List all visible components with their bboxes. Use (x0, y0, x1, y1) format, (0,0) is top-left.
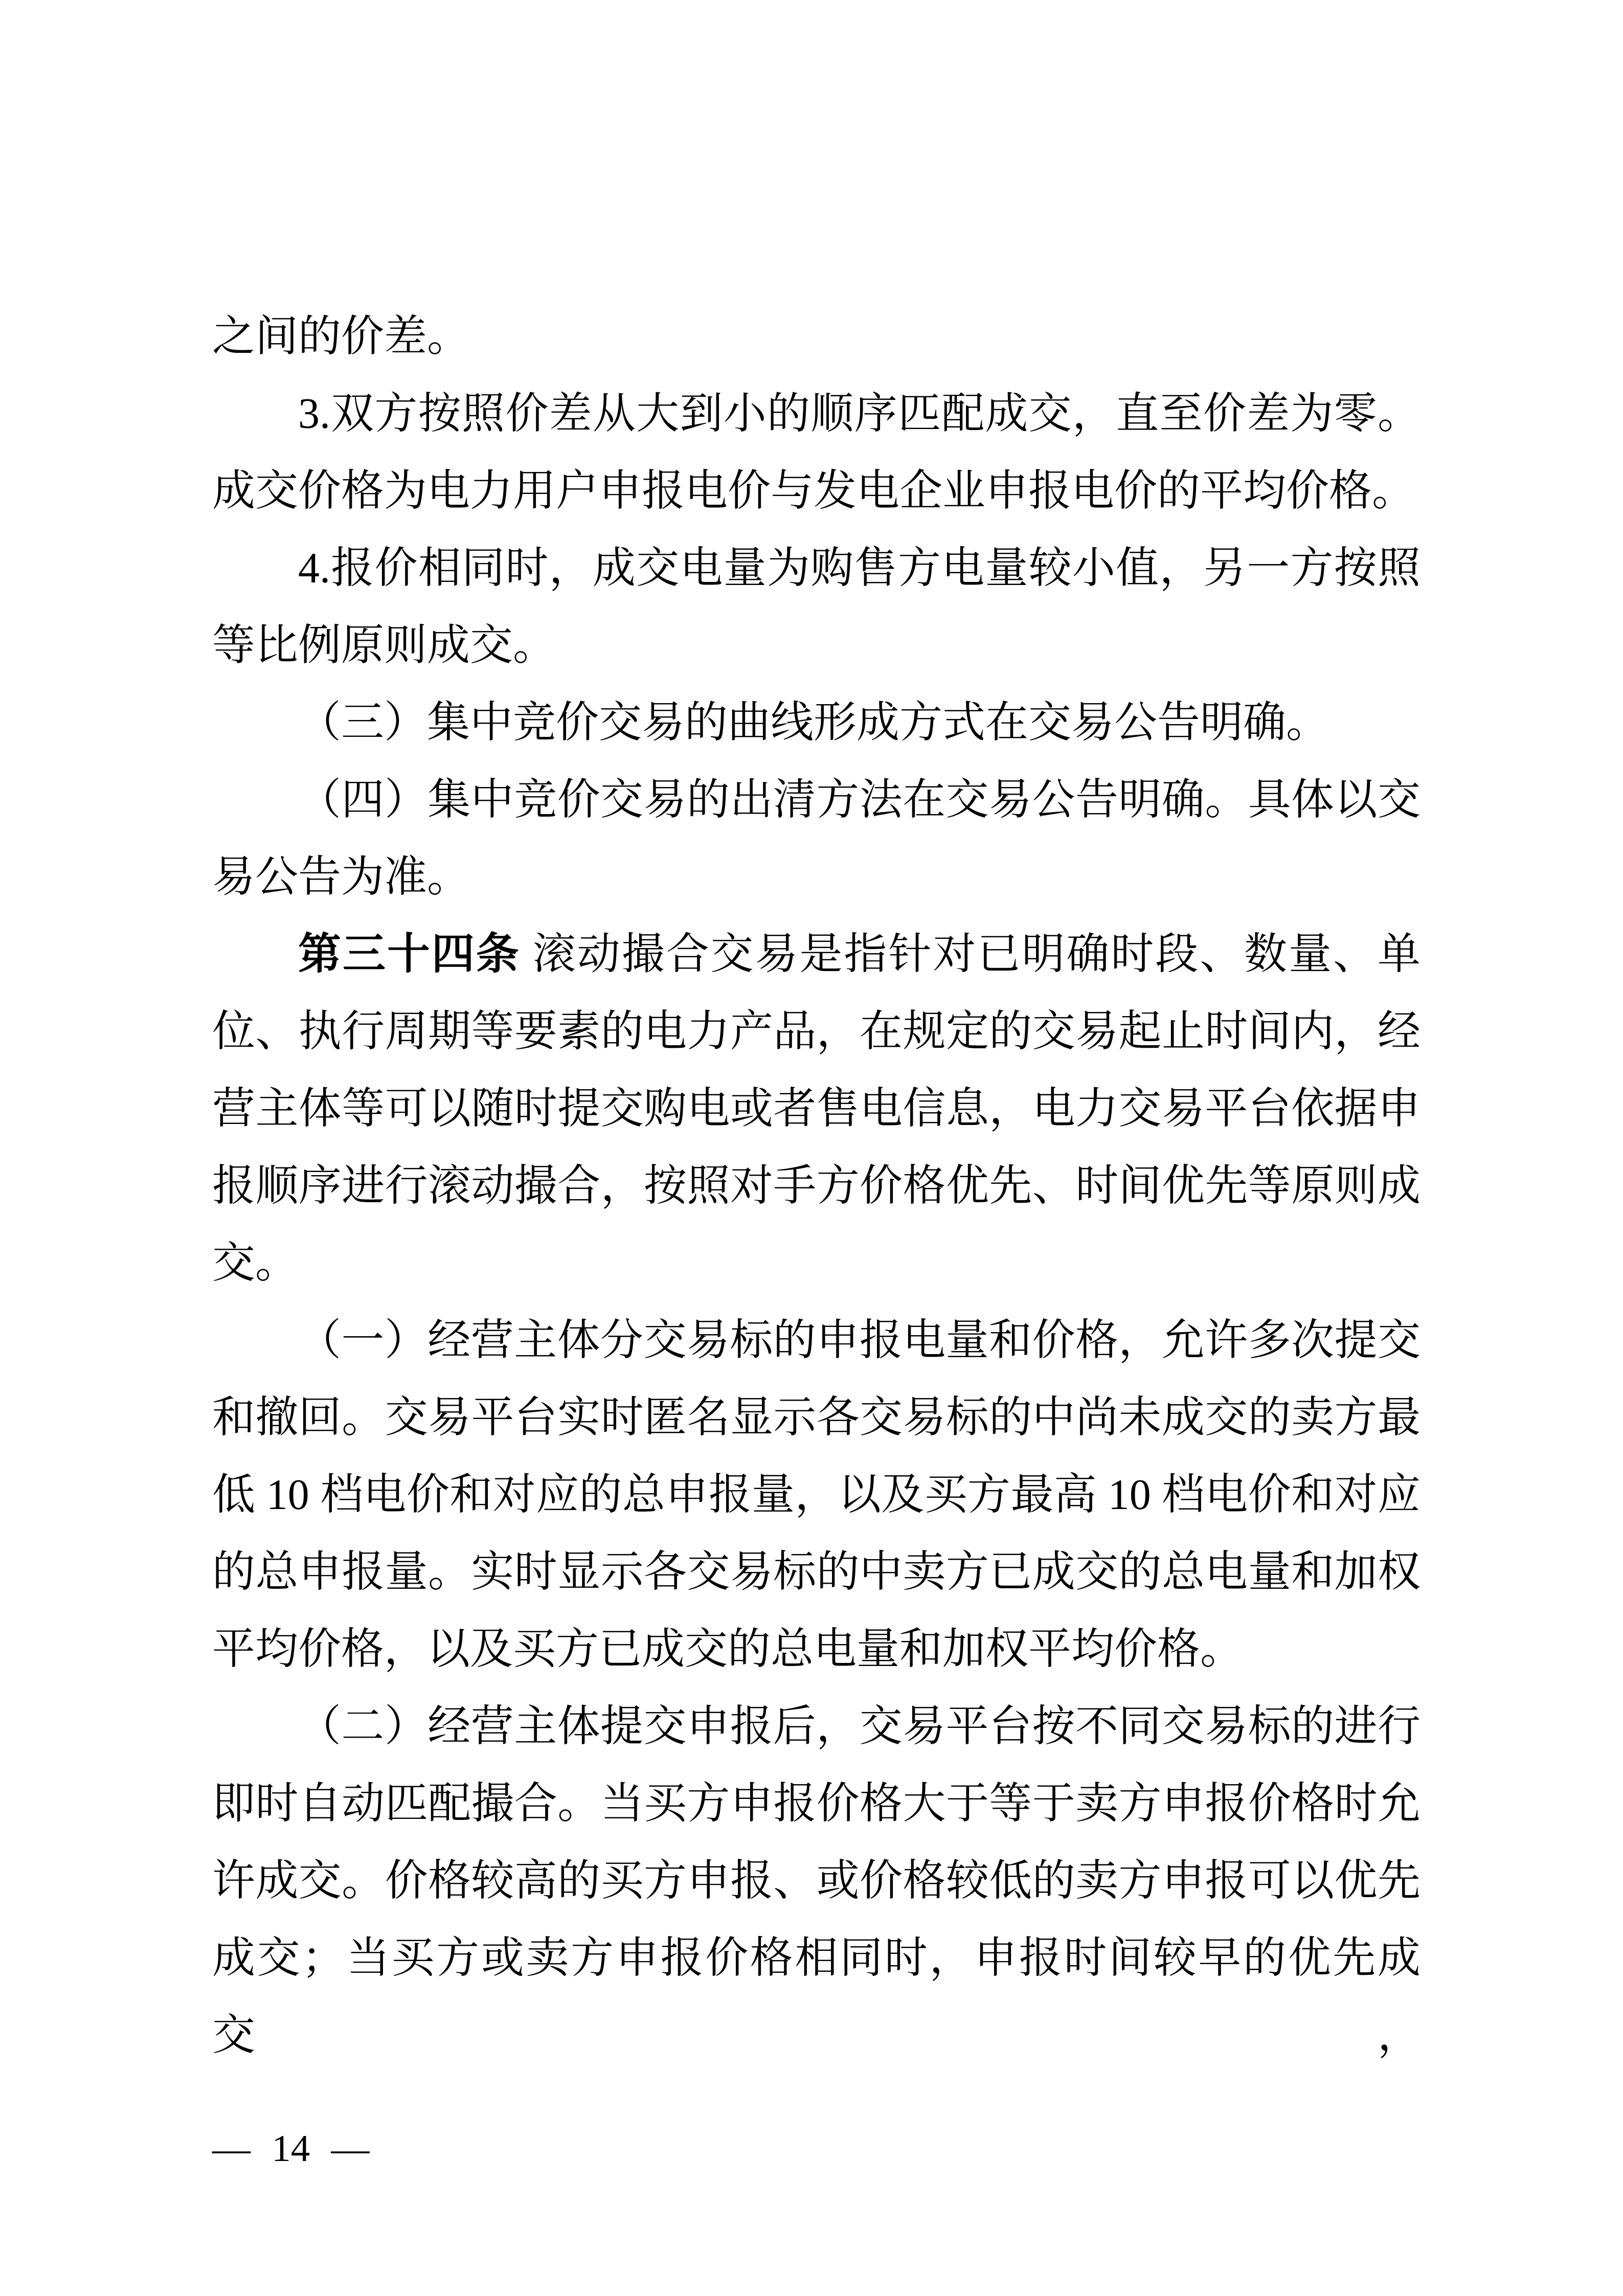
text-line: 平均价格，以及买方已成交的总电量和加权平均价格。 (212, 1611, 1421, 1688)
text-line: 3.双方按照价差从大到小的顺序匹配成交，直至价差为零。 (212, 375, 1421, 453)
text-line: 即时自动匹配撮合。当买方申报价格大于等于卖方申报价格时允 (212, 1765, 1421, 1842)
text-line: 的总申报量。实时显示各交易标的中卖方已成交的总电量和加权 (212, 1534, 1421, 1611)
text-line: 成交；当买方或卖方申报价格相同时，申报时间较早的优先成交， (212, 1920, 1421, 1997)
text-line: 许成交。价格较高的买方申报、或价格较低的卖方申报可以优先 (212, 1842, 1421, 1920)
text-line: 之间的价差。 (212, 298, 1421, 375)
text-line: 等比例原则成交。 (212, 607, 1421, 684)
text-line: 低 10 档电价和对应的总申报量，以及买方最高 10 档电价和对应 (212, 1456, 1421, 1534)
text-line: 易公告为准。 (212, 839, 1421, 916)
text-line: （四）集中竞价交易的出清方法在交易公告明确。具体以交 (212, 761, 1421, 839)
text-line: 交。 (212, 1225, 1421, 1302)
article-lead-text: 滚动撮合交易是指针对已明确时段、数量、单 (521, 931, 1421, 978)
article-number-bold: 第三十四条 (298, 931, 521, 978)
text-line: 4.报价相同时，成交电量为购售方电量较小值，另一方按照 (212, 530, 1421, 607)
text-line: （三）集中竞价交易的曲线形成方式在交易公告明确。 (212, 684, 1421, 761)
document-body: 之间的价差。 3.双方按照价差从大到小的顺序匹配成交，直至价差为零。 成交价格为… (212, 298, 1421, 1997)
text-line: （一）经营主体分交易标的申报电量和价格，允许多次提交 (212, 1302, 1421, 1379)
text-line: 第三十四条 滚动撮合交易是指针对已明确时段、数量、单 (212, 916, 1421, 993)
text-line: 和撤回。交易平台实时匿名显示各交易标的中尚未成交的卖方最 (212, 1379, 1421, 1456)
document-page: 之间的价差。 3.双方按照价差从大到小的顺序匹配成交，直至价差为零。 成交价格为… (0, 0, 1623, 2296)
page-number-footer: — 14 — (212, 2127, 370, 2170)
text-line: （二）经营主体提交申报后，交易平台按不同交易标的进行 (212, 1688, 1421, 1765)
text-line: 报顺序进行滚动撮合，按照对手方价格优先、时间优先等原则成 (212, 1147, 1421, 1225)
text-line: 成交价格为电力用户申报电价与发电企业申报电价的平均价格。 (212, 453, 1421, 530)
text-line: 位、执行周期等要素的电力产品，在规定的交易起止时间内，经 (212, 993, 1421, 1070)
text-line: 营主体等可以随时提交购电或者售电信息，电力交易平台依据申 (212, 1070, 1421, 1147)
